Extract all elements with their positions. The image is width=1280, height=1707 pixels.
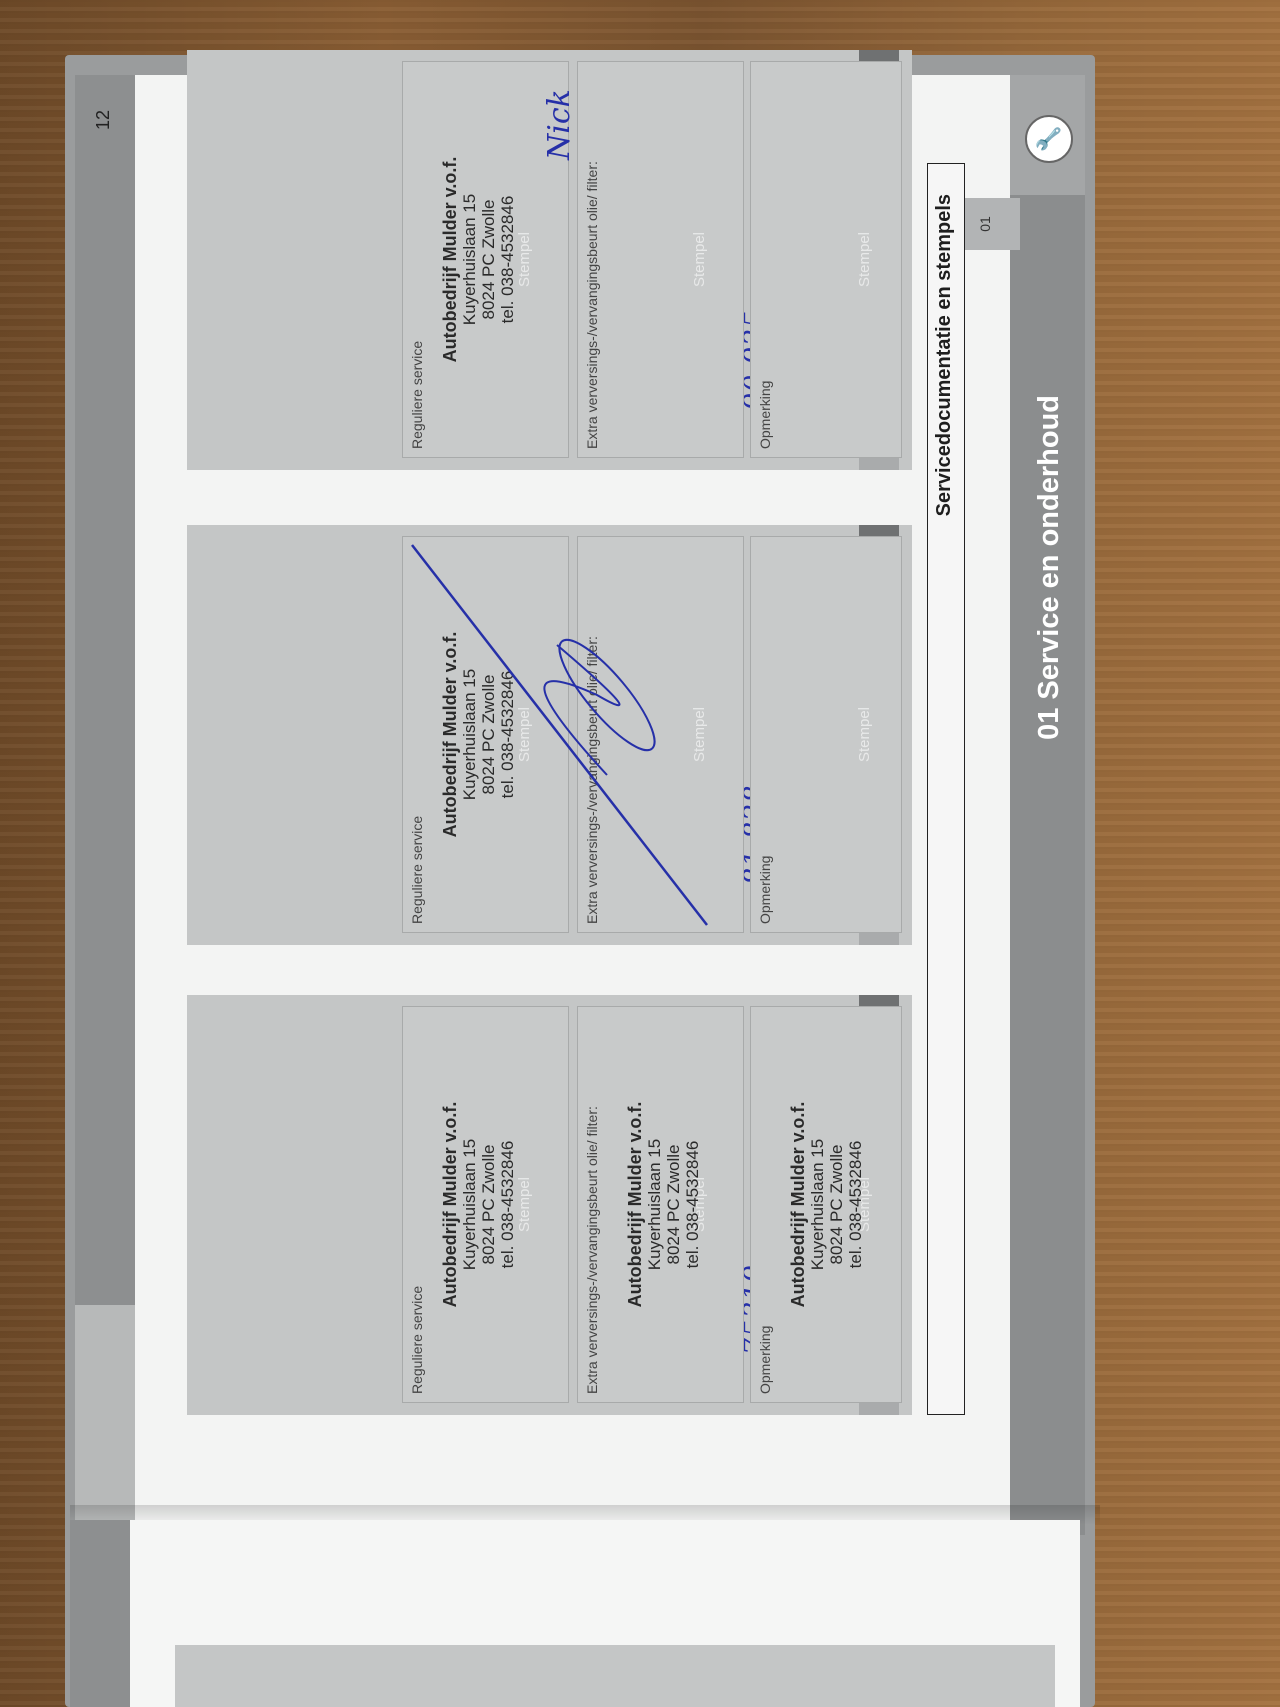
dealer-name: Autobedrijf Mulder v.o.f. — [626, 1007, 645, 1402]
dealer-phone: tel. 038-4532846 — [683, 1007, 702, 1402]
dealer-street: Kuyerhuislaan 15 — [645, 1007, 664, 1402]
chapter-title: 01 Service en onderhoud — [1033, 395, 1066, 740]
dealer-city: 8024 PC Zwolle — [479, 1007, 498, 1402]
service-card-8: Servicebeurt nr.8UitgevoerdKm90 925Datum… — [187, 50, 912, 470]
next-service-card-peek — [175, 1645, 1055, 1707]
opmerking-label: Opmerking — [757, 1326, 773, 1394]
signature: Nick — [542, 89, 577, 160]
opmerking-box: OpmerkingStempelAutobedrijf Mulder v.o.f… — [750, 1006, 902, 1403]
extra-label: Extra verversings-/vervangingsbeurt olie… — [584, 1106, 600, 1394]
dealer-street: Kuyerhuislaan 15 — [460, 1007, 479, 1402]
extra-box: Extra verversings-/vervangingsbeurt olie… — [577, 61, 744, 458]
dealer-stamp: Autobedrijf Mulder v.o.f.Kuyerhuislaan 1… — [441, 1007, 517, 1402]
extra-label: Extra verversings-/vervangingsbeurt olie… — [584, 161, 600, 449]
dealer-phone: tel. 038-4532846 — [498, 1007, 517, 1402]
service-card-7: Servicebeurt nr.7UitgevoerdKm81 828Datum… — [187, 525, 912, 945]
booklet-page: 12 01 Service en onderhoud 🔧 01 Serviced… — [75, 75, 1085, 1535]
dealer-stamp: Autobedrijf Mulder v.o.f.Kuyerhuislaan 1… — [626, 1007, 702, 1402]
signature-strike — [187, 525, 912, 945]
page-number: 12 — [93, 110, 114, 130]
dealer-phone: tel. 038-4532846 — [846, 1007, 865, 1402]
dealer-city: 8024 PC Zwolle — [827, 1007, 846, 1402]
reguliere-box: Reguliere serviceStempelAutobedrijf Muld… — [402, 1006, 569, 1403]
stempel-placeholder: Stempel — [691, 62, 708, 457]
dealer-name: Autobedrijf Mulder v.o.f. — [789, 1007, 808, 1402]
next-page-peek — [70, 1520, 1080, 1707]
section-title: Servicedocumentatie en stempels — [933, 194, 956, 516]
reguliere-label: Reguliere service — [409, 341, 425, 449]
section-title-box: Servicedocumentatie en stempels — [927, 163, 965, 1415]
dealer-name: Autobedrijf Mulder v.o.f. — [441, 62, 460, 457]
dealer-city: 8024 PC Zwolle — [479, 62, 498, 457]
dealer-city: 8024 PC Zwolle — [664, 1007, 683, 1402]
dealer-street: Kuyerhuislaan 15 — [808, 1007, 827, 1402]
wrench-icon: 🔧 — [1025, 115, 1073, 163]
dealer-street: Kuyerhuislaan 15 — [460, 62, 479, 457]
stempel-placeholder: Stempel — [516, 62, 533, 457]
dealer-stamp: Autobedrijf Mulder v.o.f.Kuyerhuislaan 1… — [441, 62, 517, 457]
service-card-6: Servicebeurt nr.6UitgevoerdKm75319Datum1… — [187, 995, 912, 1415]
stempel-placeholder: Stempel — [516, 1007, 533, 1402]
chapter-header — [1010, 75, 1085, 1535]
extra-box: Extra verversings-/vervangingsbeurt olie… — [577, 1006, 744, 1403]
dealer-stamp: Autobedrijf Mulder v.o.f.Kuyerhuislaan 1… — [789, 1007, 865, 1402]
stempel-placeholder: Stempel — [856, 62, 873, 457]
dealer-name: Autobedrijf Mulder v.o.f. — [441, 1007, 460, 1402]
opmerking-box: OpmerkingStempel — [750, 61, 902, 458]
opmerking-label: Opmerking — [757, 381, 773, 449]
reguliere-label: Reguliere service — [409, 1286, 425, 1394]
page-footer-strip — [75, 75, 135, 1535]
dealer-phone: tel. 038-4532846 — [498, 62, 517, 457]
